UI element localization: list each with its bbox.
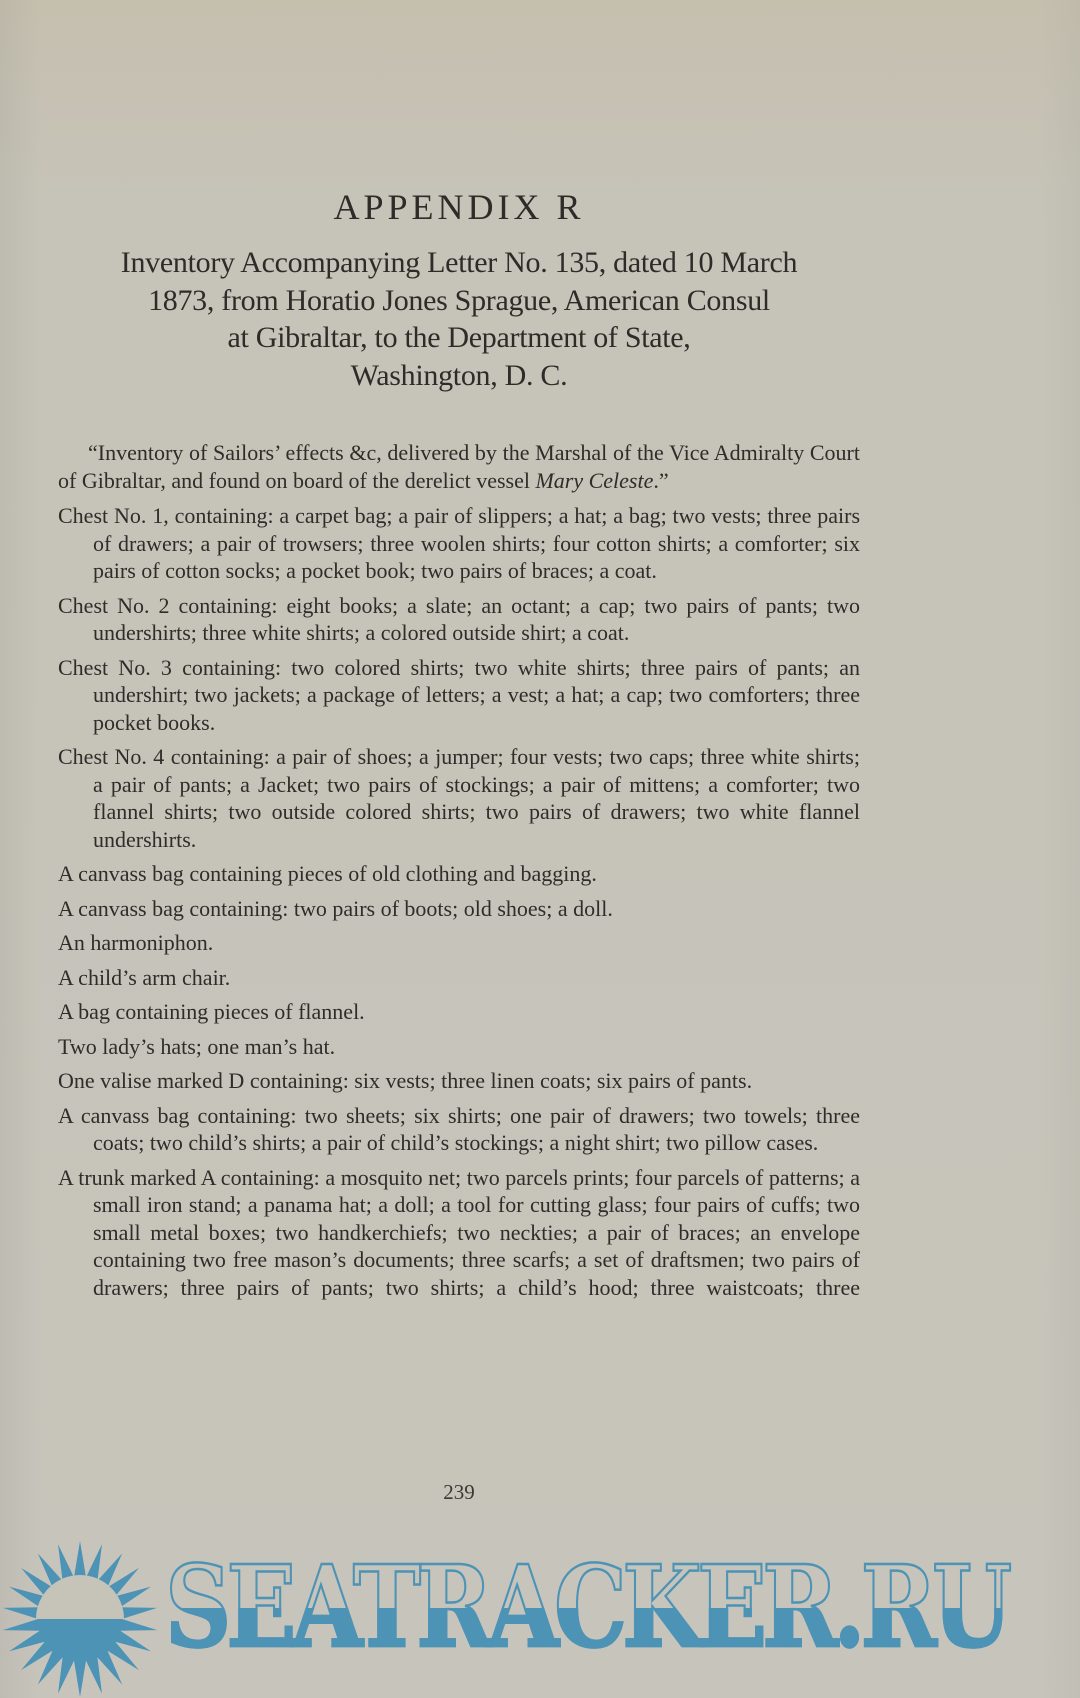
inventory-entry: A trunk marked A containing: a mosquito … (58, 1164, 860, 1302)
page-number: 239 (58, 1480, 860, 1505)
subtitle-line: at Gibraltar, to the Department of State… (58, 319, 860, 357)
inventory-entry: Chest No. 1, containing: a carpet bag; a… (58, 502, 860, 585)
inventory-entry: A canvass bag containing: two sheets; si… (58, 1102, 860, 1157)
subtitle-line: 1873, from Horatio Jones Sprague, Americ… (58, 282, 860, 320)
inventory-entry: Two lady’s hats; one man’s hat. (58, 1033, 860, 1061)
watermark-text: SEATRACKER.RU (165, 1552, 1007, 1664)
inventory-entry: Chest No. 2 containing: eight books; a s… (58, 592, 860, 647)
watermark: SEATRACKER.RU (0, 1540, 1080, 1698)
inventory-entry: One valise marked D containing: six vest… (58, 1067, 860, 1095)
subtitle-line: Inventory Accompanying Letter No. 135, d… (58, 244, 860, 282)
inventory-entry: An harmoniphon. (58, 929, 860, 957)
intro-quote: “Inventory of Sailors’ effects &c, deliv… (58, 439, 860, 494)
inventory-entry: A canvass bag containing pieces of old c… (58, 860, 860, 888)
appendix-title: APPENDIX R (58, 186, 860, 228)
subtitle-line: Washington, D. C. (58, 357, 860, 395)
vessel-name: Mary Celeste (535, 468, 653, 493)
inventory-entry: A bag containing pieces of flannel. (58, 998, 860, 1026)
inventory-entry: Chest No. 4 containing: a pair of shoes;… (58, 743, 860, 853)
intro-closing: .” (653, 468, 668, 493)
intro-text: “Inventory of Sailors’ effects &c, deliv… (58, 440, 860, 493)
sun-over-sea-logo-icon (0, 1540, 160, 1698)
appendix-subtitle: Inventory Accompanying Letter No. 135, d… (58, 244, 860, 394)
inventory-body: “Inventory of Sailors’ effects &c, deliv… (58, 439, 860, 1308)
inventory-entry: A canvass bag containing: two pairs of b… (58, 895, 860, 923)
inventory-entry: A child’s arm chair. (58, 964, 860, 992)
inventory-entry: Chest No. 3 containing: two colored shir… (58, 654, 860, 737)
